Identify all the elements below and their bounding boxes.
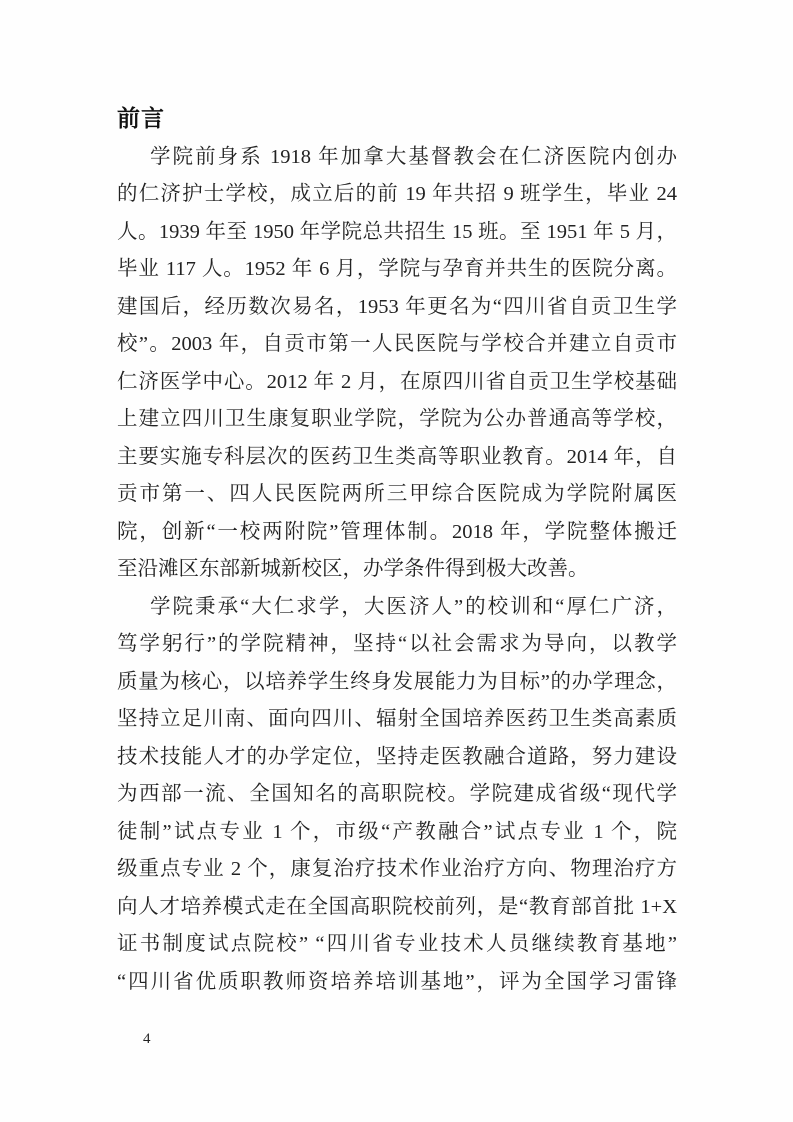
text-line: 至沿滩区东部新城新校区，办学条件得到极大改善。 bbox=[117, 551, 677, 589]
page-title: 前言 bbox=[117, 101, 677, 139]
text-line: 主要实施专科层次的医药卫生类高等职业教育。2014 年，自 bbox=[117, 439, 677, 477]
text-line: 建国后，经历数次易名，1953 年更名为“四川省自贡卫生学 bbox=[117, 289, 677, 327]
paragraph-college-spirit: 学院秉承“大仁求学，大医济人”的校训和“厚仁广济，笃学躬行”的学院精神，坚持“以… bbox=[117, 589, 677, 1002]
text-line: 仁济医学中心。2012 年 2 月，在原四川省自贡卫生学校基础 bbox=[117, 364, 677, 402]
page-number: 4 bbox=[143, 1028, 151, 1050]
text-line: 笃学躬行”的学院精神，坚持“以社会需求为导向，以教学 bbox=[117, 626, 677, 664]
text-line: 向人才培养模式走在全国高职院校前列，是“教育部首批 1+X bbox=[117, 889, 677, 927]
text-line: 级重点专业 2 个，康复治疗技术作业治疗方向、物理治疗方 bbox=[117, 851, 677, 889]
text-line: 坚持立足川南、面向四川、辐射全国培养医药卫生类高素质 bbox=[117, 701, 677, 739]
text-line: 上建立四川卫生康复职业学院，学院为公办普通高等学校， bbox=[117, 401, 677, 439]
paragraph-college-history: 学院前身系 1918 年加拿大基督教会在仁济医院内创办的仁济护士学校，成立后的前… bbox=[117, 139, 677, 589]
text-line: 学院前身系 1918 年加拿大基督教会在仁济医院内创办 bbox=[117, 139, 677, 177]
text-line: 毕业 117 人。1952 年 6 月，学院与孕育并共生的医院分离。 bbox=[117, 251, 677, 289]
text-line: 为西部一流、全国知名的高职院校。学院建成省级“现代学 bbox=[117, 776, 677, 814]
body-text: 学院前身系 1918 年加拿大基督教会在仁济医院内创办的仁济护士学校，成立后的前… bbox=[117, 139, 677, 1002]
text-line: 质量为核心，以培养学生终身发展能力为目标”的办学理念， bbox=[117, 664, 677, 702]
text-line: 校”。2003 年，自贡市第一人民医院与学校合并建立自贡市 bbox=[117, 326, 677, 364]
text-line: 的仁济护士学校，成立后的前 19 年共招 9 班学生，毕业 24 bbox=[117, 176, 677, 214]
text-line: 学院秉承“大仁求学，大医济人”的校训和“厚仁广济， bbox=[117, 589, 677, 627]
text-line: 院，创新“一校两附院”管理体制。2018 年，学院整体搬迁 bbox=[117, 514, 677, 552]
text-line: “四川省优质职教师资培养培训基地”，评为全国学习雷锋 bbox=[117, 964, 677, 1002]
text-line: 证书制度试点院校” “四川省专业技术人员继续教育基地” bbox=[117, 926, 677, 964]
text-line: 人。1939 年至 1950 年学院总共招生 15 班。至 1951 年 5 月… bbox=[117, 214, 677, 252]
text-line: 徒制”试点专业 1 个，市级“产教融合”试点专业 1 个，院 bbox=[117, 814, 677, 852]
text-line: 技术技能人才的办学定位，坚持走医教融合道路，努力建设 bbox=[117, 739, 677, 777]
document-page: 前言 学院前身系 1918 年加拿大基督教会在仁济医院内创办的仁济护士学校，成立… bbox=[0, 0, 793, 1122]
text-line: 贡市第一、四人民医院两所三甲综合医院成为学院附属医 bbox=[117, 476, 677, 514]
document-content: 前言 学院前身系 1918 年加拿大基督教会在仁济医院内创办的仁济护士学校，成立… bbox=[117, 101, 677, 1001]
